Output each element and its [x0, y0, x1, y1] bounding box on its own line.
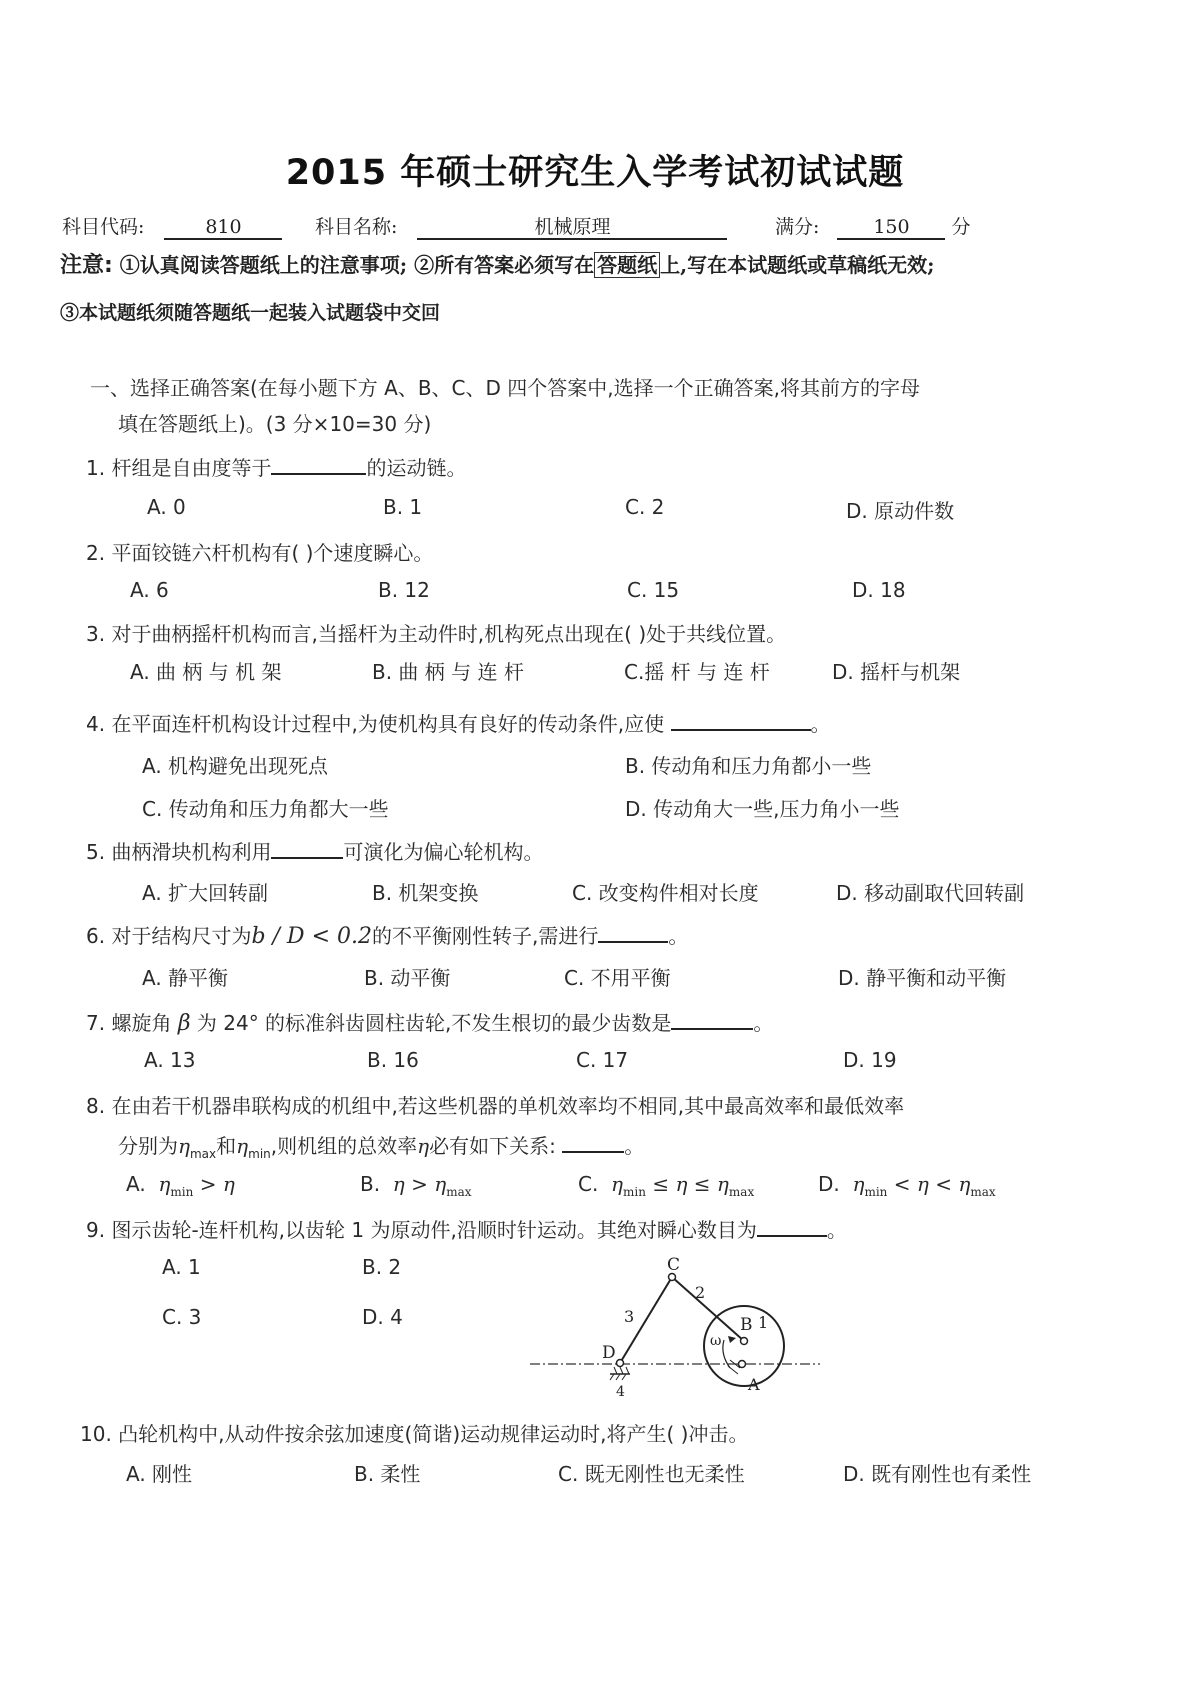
section-heading-line-2: 填在答题纸上)。(3 分×10=30 分) — [118, 408, 431, 437]
q9-option-b: B. 2 — [362, 1255, 401, 1279]
question-number: 8. — [86, 1094, 105, 1118]
q4-option-b: B. 传动角和压力角都小一些 — [625, 750, 871, 779]
answer-blank — [598, 923, 668, 943]
answer-blank — [671, 711, 811, 731]
question-number: 10. — [80, 1422, 112, 1446]
question-6: 6. 对于结构尺寸为b / D < 0.2的不平衡刚性转子,需进行。 — [86, 920, 688, 949]
q3-option-c: C.摇 杆 与 连 杆 — [624, 656, 770, 685]
subject-name-label: 科目名称: — [315, 216, 397, 238]
q8-option-d: D. ηmin < η < ηmax — [818, 1172, 996, 1199]
option-formula: ηmin < η < ηmax — [852, 1172, 995, 1196]
question-text: 杆组是自由度等于 — [111, 456, 271, 480]
question-7: 7. 螺旋角 β 为 24° 的标准斜齿圆柱齿轮,不发生根切的最少齿数是。 — [86, 1007, 773, 1036]
q3-option-a: A. 曲 柄 与 机 架 — [130, 656, 281, 685]
eta-symbol: η — [178, 1134, 190, 1158]
q10-option-c: C. 既无刚性也无柔性 — [558, 1458, 745, 1487]
joint-b — [741, 1338, 748, 1345]
full-score-label: 满分: — [775, 216, 819, 238]
subscript-min: min — [248, 1147, 271, 1161]
q2-option-d: D. 18 — [852, 578, 906, 602]
question-10: 10. 凸轮机构中,从动件按余弦加速度(简谐)运动规律运动时,将产生( )冲击。 — [80, 1418, 748, 1447]
q6-option-a: A. 静平衡 — [142, 962, 228, 991]
q1-option-a: A. 0 — [147, 495, 186, 519]
helix-angle-symbol: β — [178, 1011, 191, 1036]
question-text: 凸轮机构中,从动件按余弦加速度(简谐)运动规律运动时,将产生( )冲击。 — [118, 1422, 748, 1446]
eta-symbol: η — [417, 1134, 429, 1158]
subscript-max: max — [190, 1147, 216, 1161]
label-omega: ω — [710, 1333, 721, 1349]
subject-name-row: 科目名称: 机械原理 — [315, 212, 727, 240]
question-8: 8. 在由若干机器串联构成的机组中,若这些机器的单机效率均不相同,其中最高效率和… — [86, 1090, 904, 1119]
ratio-formula: b / D < 0.2 — [251, 924, 372, 949]
question-text: 平面铰链六杆机构有( )个速度瞬心。 — [111, 541, 433, 565]
q5-option-b: B. 机架变换 — [372, 877, 478, 906]
q4-option-d: D. 传动角大一些,压力角小一些 — [625, 793, 899, 822]
question-text: 在由若干机器串联构成的机组中,若这些机器的单机效率均不相同,其中最高效率和最低效… — [111, 1094, 904, 1118]
notice-item-3: ③本试题纸须随答题纸一起装入试题袋中交回 — [60, 298, 440, 325]
q2-option-c: C. 15 — [627, 578, 679, 602]
label-link-3: 3 — [624, 1307, 634, 1326]
q10-option-a: A. 刚性 — [126, 1458, 192, 1487]
q4-option-c: C. 传动角和压力角都大一些 — [142, 793, 389, 822]
question-text: 可演化为偏心轮机构。 — [343, 840, 543, 864]
answer-blank — [671, 1010, 753, 1030]
notice-item-2-post: 上,写在本试题纸或草稿纸无效; — [660, 253, 934, 277]
full-score-value: 150 — [837, 216, 945, 240]
q3-option-d: D. 摇杆与机架 — [832, 656, 960, 685]
question-text: 和 — [216, 1134, 236, 1158]
question-text: 分别为 — [118, 1134, 178, 1158]
label-d: D — [602, 1343, 616, 1363]
q4-option-a: A. 机构避免出现死点 — [142, 750, 328, 779]
q7-option-b: B. 16 — [367, 1048, 419, 1072]
answer-blank — [271, 839, 343, 859]
question-text: ,则机组的总效率 — [271, 1134, 417, 1158]
exam-title: 2015 年硕士研究生入学考试初试试题 — [0, 145, 1190, 195]
eta-symbol: η — [236, 1134, 248, 1158]
question-number: 9. — [86, 1218, 105, 1242]
subject-code-label: 科目代码: — [62, 216, 144, 238]
q2-option-b: B. 12 — [378, 578, 430, 602]
joint-a — [739, 1361, 746, 1368]
q10-option-d: D. 既有刚性也有柔性 — [843, 1458, 1031, 1487]
question-text: 的运动链。 — [366, 456, 466, 480]
q7-option-c: C. 17 — [576, 1048, 628, 1072]
question-number: 3. — [86, 622, 105, 646]
question-text: 。 — [753, 1011, 773, 1035]
label-c: C — [667, 1255, 680, 1275]
q5-option-a: A. 扩大回转副 — [142, 877, 268, 906]
q5-option-c: C. 改变构件相对长度 — [572, 877, 759, 906]
answer-sheet-boxed: 答题纸 — [594, 252, 660, 278]
q1-option-b: B. 1 — [383, 495, 422, 519]
answer-blank — [757, 1217, 827, 1237]
subject-code-row: 科目代码: 810 — [62, 212, 282, 240]
question-text: 。 — [624, 1134, 644, 1158]
label-link-2: 2 — [695, 1283, 705, 1302]
question-text: 。 — [668, 924, 688, 948]
q7-option-a: A. 13 — [144, 1048, 196, 1072]
link-2 — [672, 1277, 744, 1341]
full-score-row: 满分: 150 分 — [775, 212, 971, 240]
gear-linkage-diagram: C 2 3 D B 1 ω 4 A — [530, 1250, 830, 1400]
option-letter: C. — [578, 1172, 598, 1196]
section-heading-line-1: 一、选择正确答案(在每小题下方 A、B、C、D 四个答案中,选择一个正确答案,将… — [90, 372, 920, 401]
option-letter: A. — [126, 1172, 146, 1196]
question-3: 3. 对于曲柄摇杆机构而言,当摇杆为主动件时,机构死点出现在( )处于共线位置。 — [86, 618, 786, 647]
q9-option-a: A. 1 — [162, 1255, 201, 1279]
question-number: 4. — [86, 712, 105, 736]
answer-blank — [271, 455, 366, 475]
question-number: 1. — [86, 456, 105, 480]
q9-option-d: D. 4 — [362, 1305, 403, 1329]
question-number: 5. — [86, 840, 105, 864]
q6-option-b: B. 动平衡 — [364, 962, 450, 991]
q1-option-d: D. 原动件数 — [846, 495, 954, 524]
q5-option-d: D. 移动副取代回转副 — [836, 877, 1024, 906]
question-4: 4. 在平面连杆机构设计过程中,为使机构具有良好的传动条件,应使 。 — [86, 708, 831, 737]
question-text: 。 — [811, 712, 831, 736]
question-text: 对于曲柄摇杆机构而言,当摇杆为主动件时,机构死点出现在( )处于共线位置。 — [111, 622, 786, 646]
label-gear-1: 1 — [758, 1313, 768, 1332]
question-number: 7. — [86, 1011, 105, 1035]
joint-d — [617, 1360, 624, 1367]
subject-code-value: 810 — [164, 216, 282, 240]
question-text: 的不平衡刚性转子,需进行 — [372, 924, 598, 948]
question-2: 2. 平面铰链六杆机构有( )个速度瞬心。 — [86, 537, 433, 566]
question-text: 曲柄滑块机构利用 — [111, 840, 271, 864]
q7-option-d: D. 19 — [843, 1048, 897, 1072]
option-letter: D. — [818, 1172, 840, 1196]
option-formula: ηmin > η — [158, 1172, 234, 1196]
notice-lead: 注意: — [60, 253, 113, 278]
subject-name-value: 机械原理 — [417, 216, 727, 240]
q10-option-b: B. 柔性 — [354, 1458, 420, 1487]
q8-option-c: C. ηmin ≤ η ≤ ηmax — [578, 1172, 754, 1199]
question-9: 9. 图示齿轮-连杆机构,以齿轮 1 为原动件,沿顺时针运动。其绝对瞬心数目为。 — [86, 1214, 847, 1243]
question-1: 1. 杆组是自由度等于的运动链。 — [86, 452, 466, 481]
q8-option-b: B. η > ηmax — [360, 1172, 472, 1199]
question-text: 在平面连杆机构设计过程中,为使机构具有良好的传动条件,应使 — [111, 712, 664, 736]
notice-line-1: 注意: ①认真阅读答题纸上的注意事项; ②所有答案必须写在答题纸上,写在本试题纸… — [60, 248, 935, 279]
question-text: 为 24° 的标准斜齿圆柱齿轮,不发生根切的最少齿数是 — [197, 1011, 672, 1035]
answer-blank — [562, 1133, 624, 1153]
question-text: 对于结构尺寸为 — [111, 924, 251, 948]
q2-option-a: A. 6 — [130, 578, 169, 602]
q9-option-c: C. 3 — [162, 1305, 201, 1329]
question-8-line-2: 分别为ηmax和ηmin,则机组的总效率η必有如下关系: 。 — [118, 1130, 644, 1161]
question-number: 6. — [86, 924, 105, 948]
q3-option-b: B. 曲 柄 与 连 杆 — [372, 656, 524, 685]
question-text: 图示齿轮-连杆机构,以齿轮 1 为原动件,沿顺时针运动。其绝对瞬心数目为 — [111, 1218, 756, 1242]
q6-option-d: D. 静平衡和动平衡 — [838, 962, 1006, 991]
label-a: A — [747, 1375, 760, 1394]
question-text: 。 — [827, 1218, 847, 1242]
q8-option-a: A. ηmin > η — [126, 1172, 235, 1199]
q6-option-c: C. 不用平衡 — [564, 962, 671, 991]
label-b: B — [740, 1315, 753, 1335]
question-text: 必有如下关系: — [429, 1134, 556, 1158]
question-number: 2. — [86, 541, 105, 565]
option-letter: B. — [360, 1172, 380, 1196]
notice-item-1: ①认真阅读答题纸上的注意事项; — [120, 253, 407, 277]
label-link-4: 4 — [616, 1384, 625, 1400]
score-unit: 分 — [952, 216, 971, 238]
option-formula: ηmin ≤ η ≤ ηmax — [611, 1172, 754, 1196]
notice-item-2-pre: ②所有答案必须写在 — [414, 253, 594, 277]
option-formula: η > ηmax — [393, 1172, 472, 1196]
question-5: 5. 曲柄滑块机构利用可演化为偏心轮机构。 — [86, 836, 543, 865]
question-text: 螺旋角 — [111, 1011, 171, 1035]
q1-option-c: C. 2 — [625, 495, 664, 519]
